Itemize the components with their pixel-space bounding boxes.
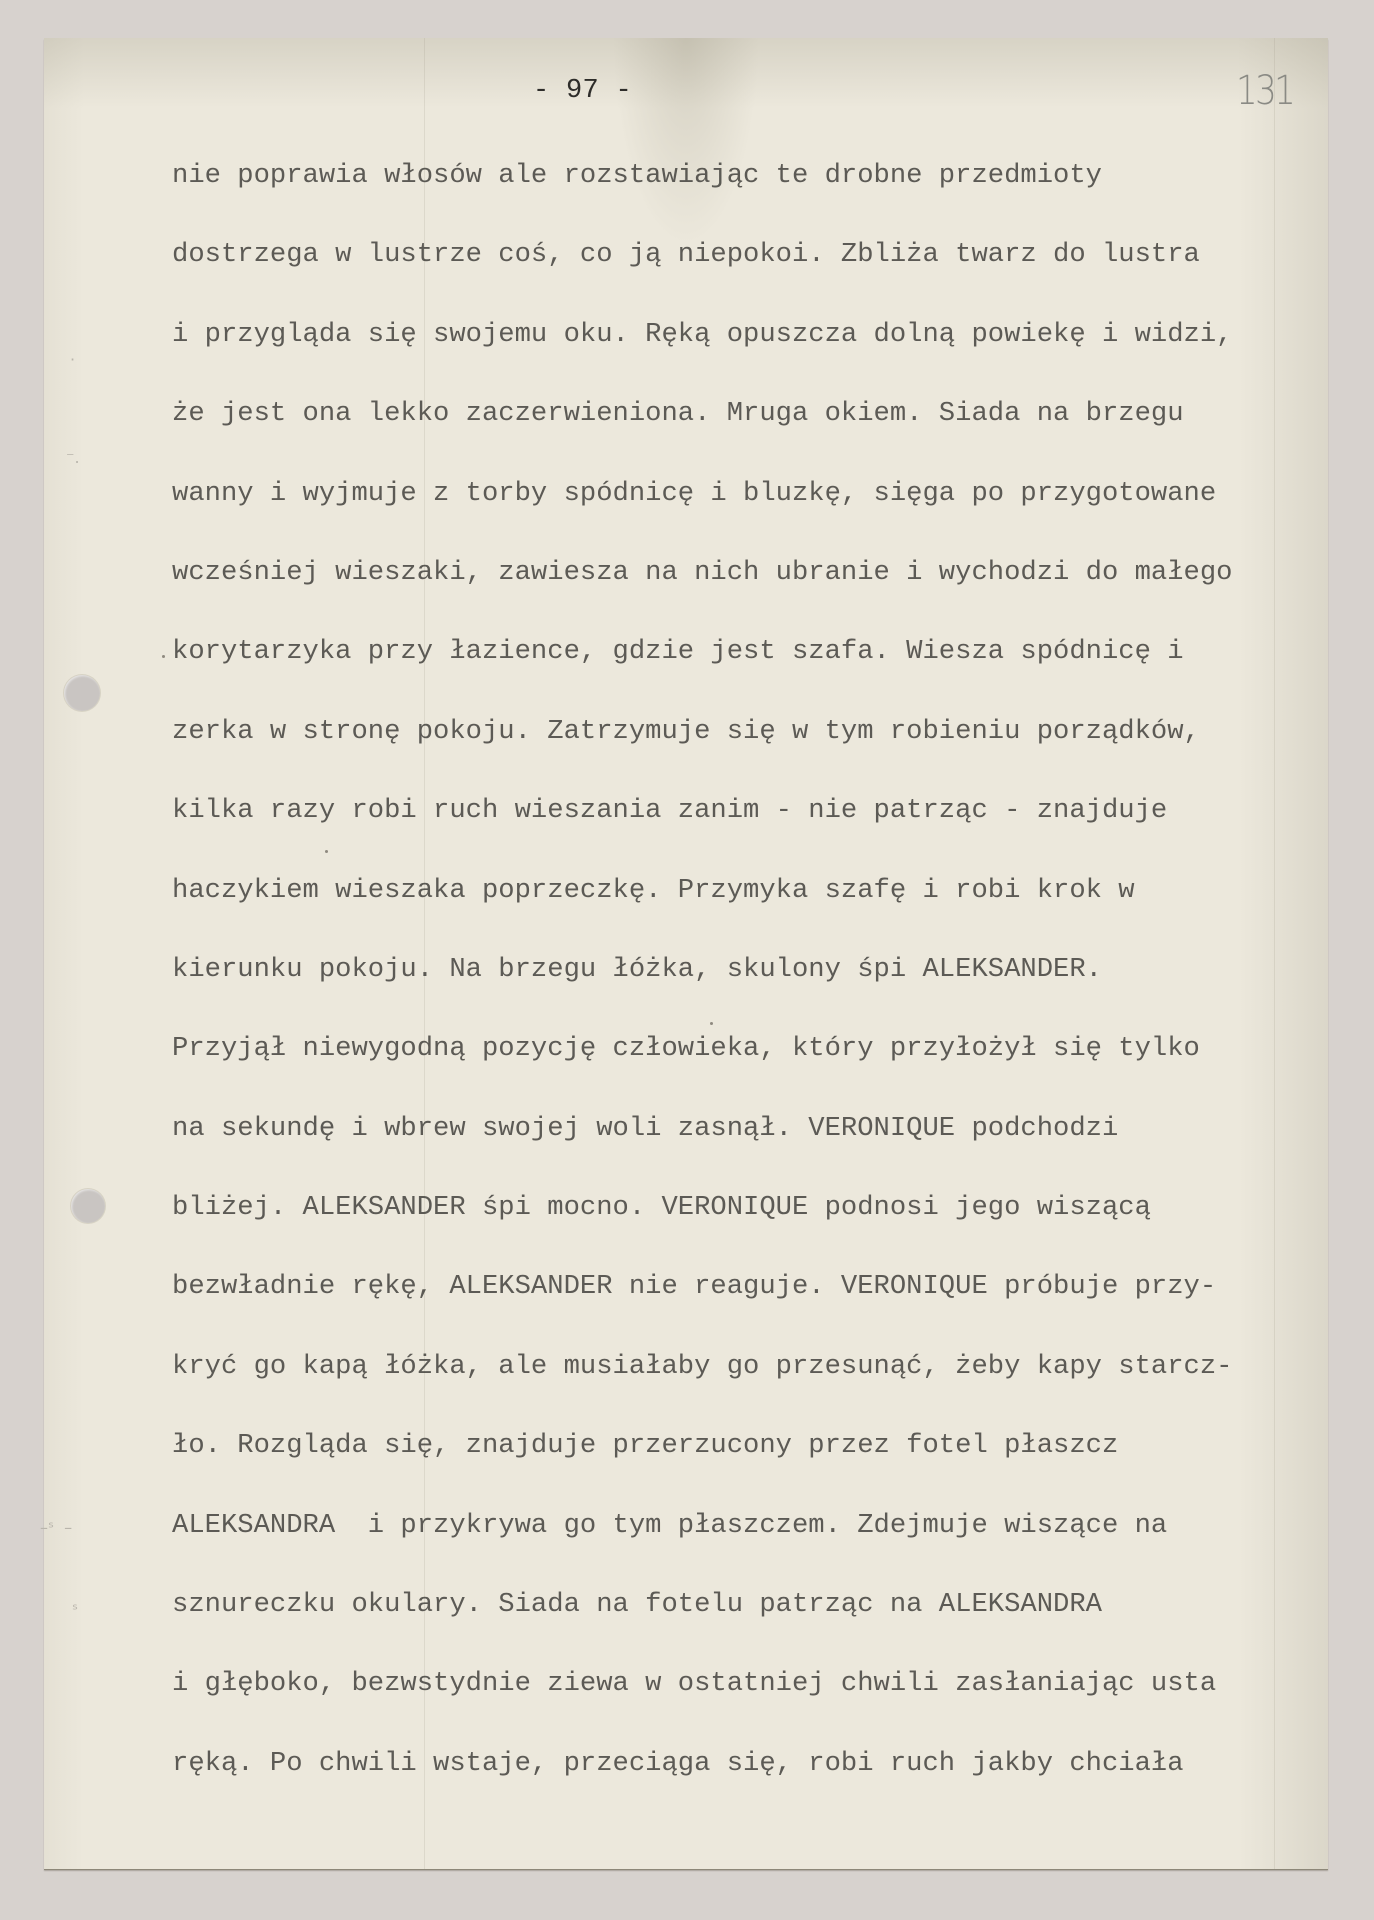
paper-crease	[1274, 38, 1275, 1869]
text-line: bliżej. ALEKSANDER śpi mocno. VERONIQUE …	[172, 1188, 1233, 1267]
typewritten-body: nie poprawia włosów ale rozstawiając te …	[172, 156, 1233, 1823]
text-line: i głęboko, bezwstydnie ziewa w ostatniej…	[172, 1664, 1233, 1743]
text-line: nie poprawia włosów ale rozstawiając te …	[172, 156, 1233, 235]
staple-mark-icon: ·	[70, 350, 75, 369]
text-line: Przyjął niewygodną pozycję człowieka, kt…	[172, 1029, 1233, 1108]
ink-speck	[162, 655, 165, 658]
text-line: dostrzega w lustrze coś, co ją niepokoi.…	[172, 235, 1233, 314]
text-line: ALEKSANDRA i przykrywa go tym płaszczem.…	[172, 1506, 1233, 1585]
text-line: bezwładnie rękę, ALEKSANDER nie reaguje.…	[172, 1267, 1233, 1346]
text-line: ło. Rozgląda się, znajduje przerzucony p…	[172, 1426, 1233, 1505]
text-line: na sekundę i wbrew swojej woli zasnął. V…	[172, 1109, 1233, 1188]
text-line: wanny i wyjmuje z torby spódnicę i bluzk…	[172, 474, 1233, 553]
text-line: zerka w stronę pokoju. Zatrzymuje się w …	[172, 712, 1233, 791]
text-line: kilka razy robi ruch wieszania zanim - n…	[172, 791, 1233, 870]
text-line: kierunku pokoju. Na brzegu łóżka, skulon…	[172, 950, 1233, 1029]
text-line: sznureczku okulary. Siada na fotelu patr…	[172, 1585, 1233, 1664]
text-line: że jest ona lekko zaczerwieniona. Mruga …	[172, 394, 1233, 473]
punch-hole-icon	[71, 1189, 105, 1223]
margin-dash-icon: –ˢ –	[40, 1518, 72, 1537]
text-line: korytarzyka przy łazience, gdzie jest sz…	[172, 632, 1233, 711]
text-line: haczykiem wieszaka poprzeczkę. Przymyka …	[172, 871, 1233, 950]
text-line: ręką. Po chwili wstaje, przeciąga się, r…	[172, 1744, 1233, 1823]
text-line: wcześniej wieszaki, zawiesza na nich ubr…	[172, 553, 1233, 632]
archive-page-number: 131	[1236, 68, 1293, 114]
page-number: - 97 -	[533, 76, 632, 106]
punch-hole-icon	[64, 675, 100, 711]
staple-mark-icon: ⁻.	[66, 448, 80, 467]
margin-mark-icon: ˢ	[72, 1600, 78, 1619]
text-line: i przygląda się swojemu oku. Ręką opuszc…	[172, 315, 1233, 394]
text-line: kryć go kapą łóżka, ale musiałaby go prz…	[172, 1347, 1233, 1426]
